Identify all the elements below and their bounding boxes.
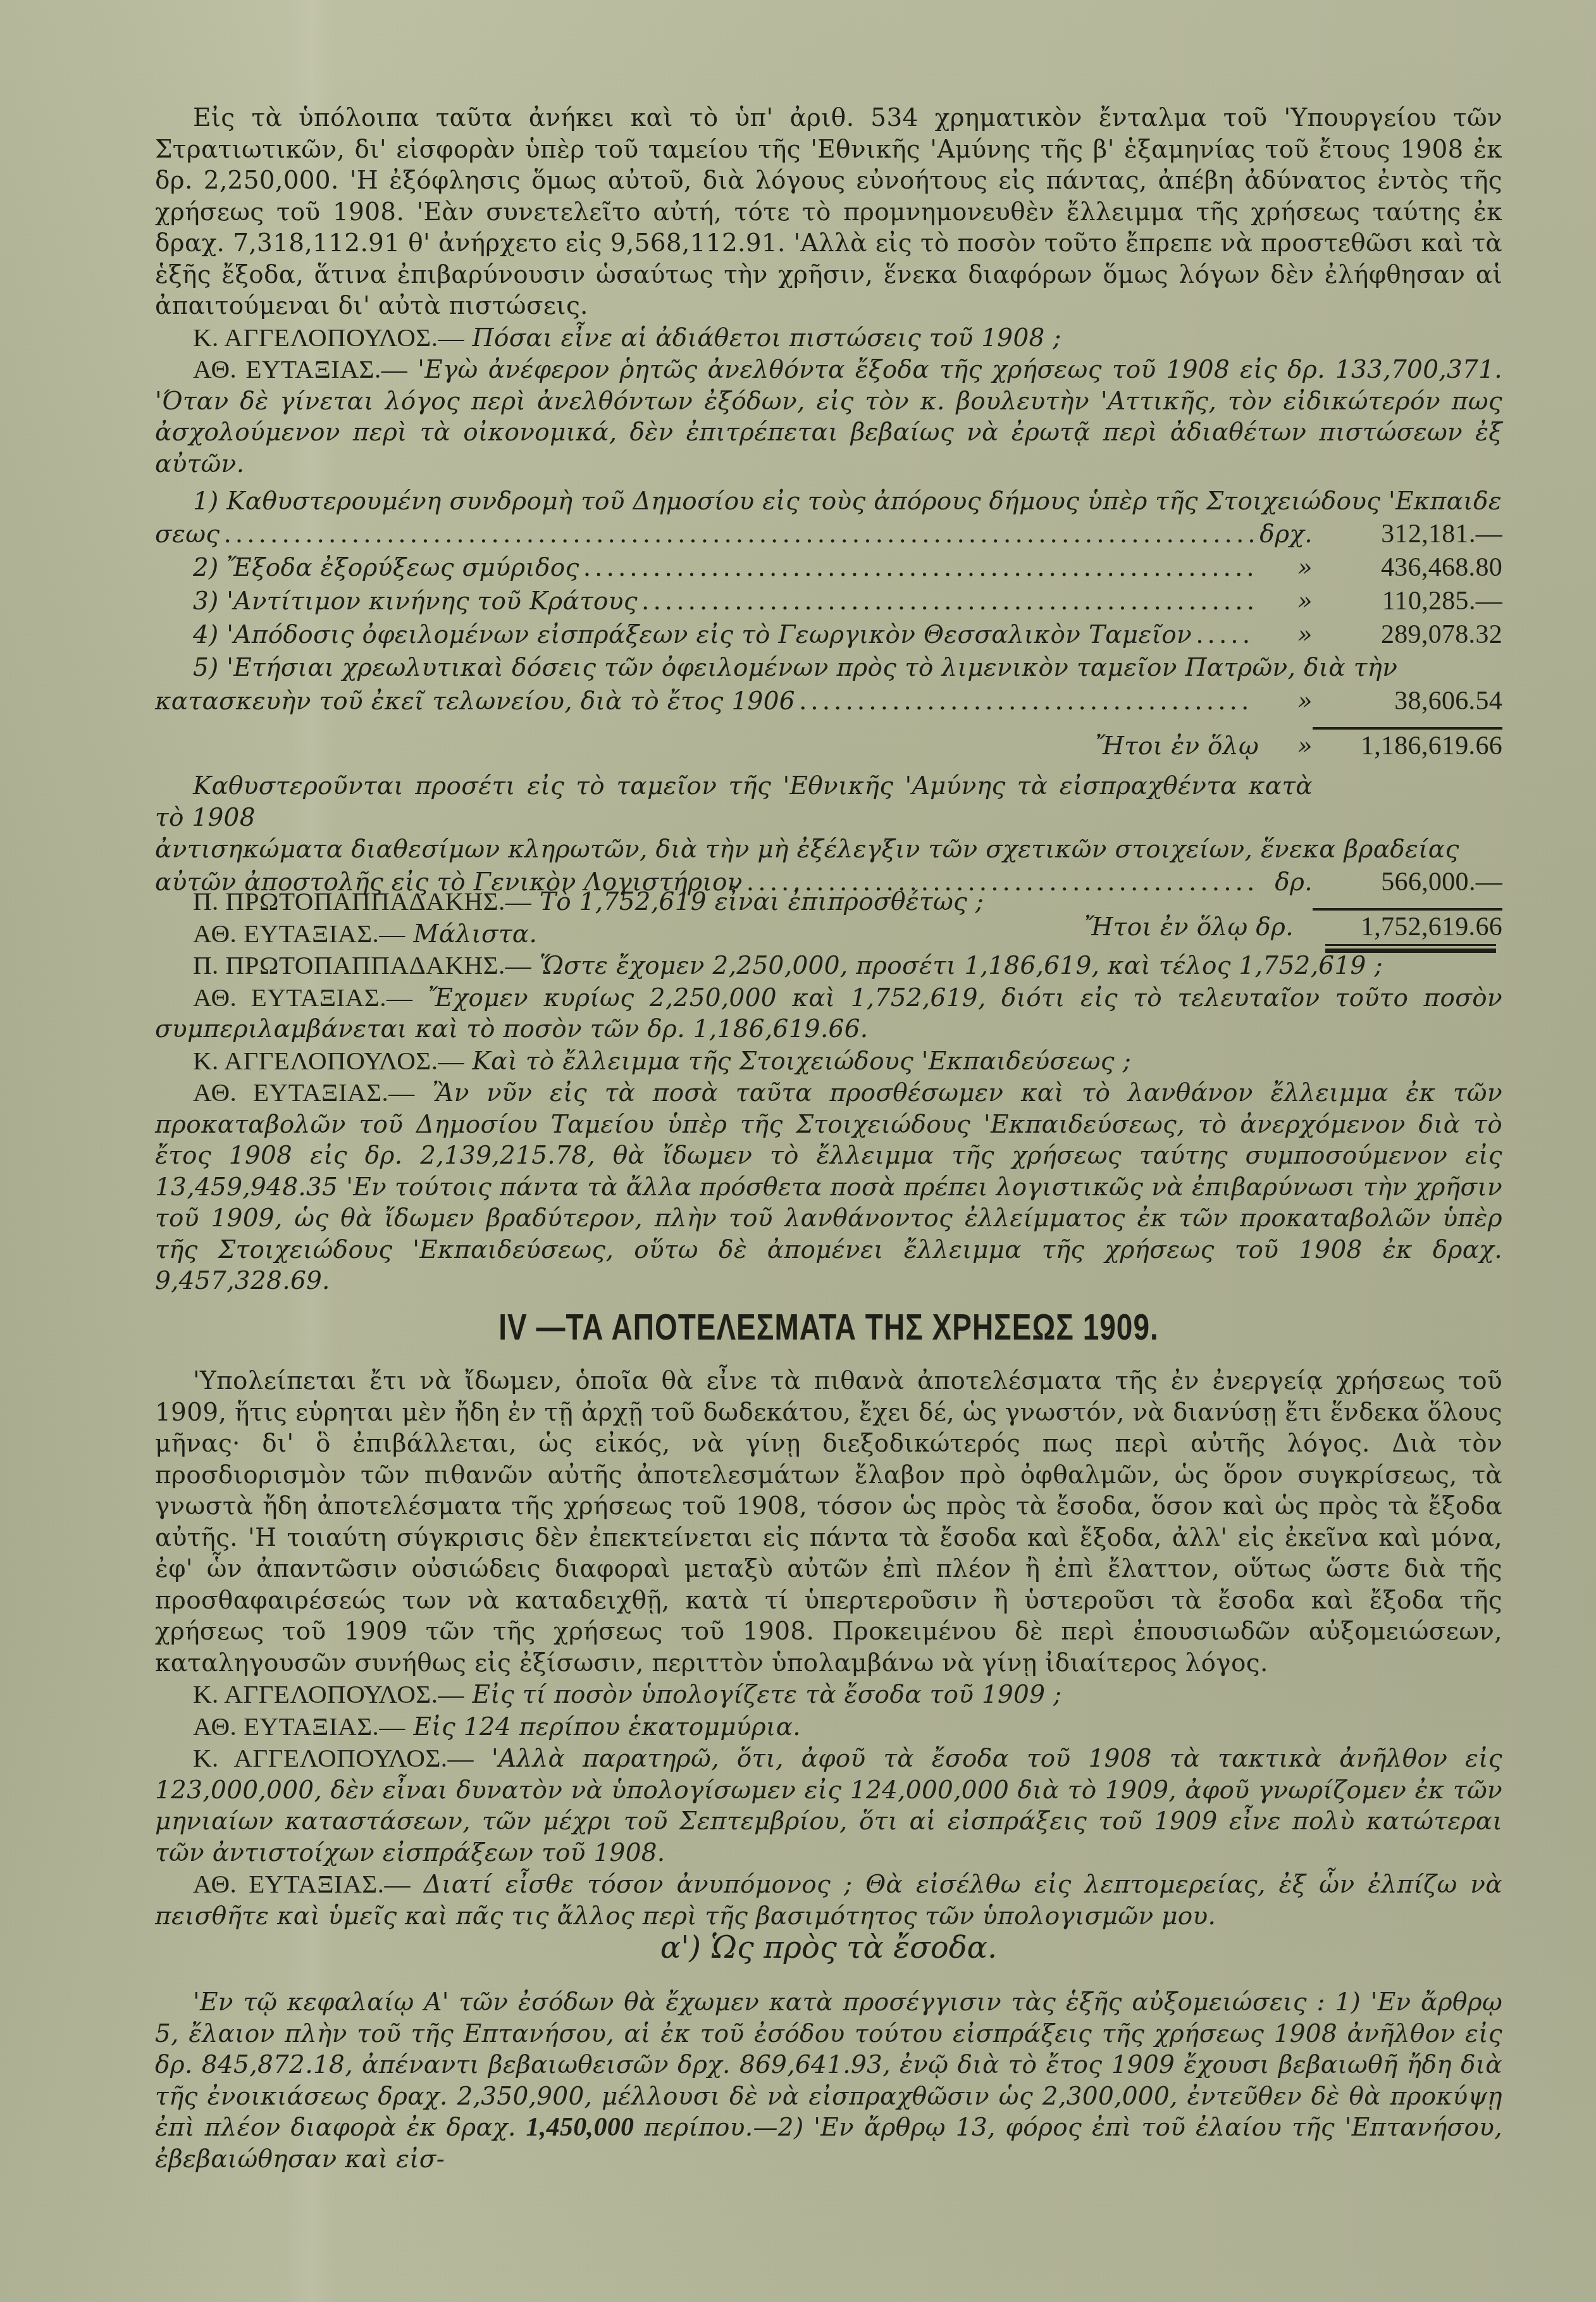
speaker-name: Κ. ΑΓΓΕΛΟΠΟΥΛΟΣ.— (193, 1679, 464, 1708)
ledger-unit: δρχ. (1259, 518, 1313, 551)
subsection-paragraph: 'Εν τῷ κεφαλαίῳ Α' τῶν ἐσόδων θὰ ἔχωμεν … (155, 1987, 1502, 2175)
opening-block: Εἰς τὰ ὑπόλοιπα ταῦτα ἀνήκει καὶ τὸ ὑπ' … (155, 103, 1502, 480)
leader-dots (1196, 619, 1255, 652)
ledger-amount: 436,468.80 (1313, 551, 1502, 584)
ledger-label: 4) 'Απόδοσις ὀφειλομένων εἰσπράξεων εἰς … (193, 619, 1192, 652)
ledger-row: 3) 'Αντίτιμον κινήνης τοῦ Κράτους » 110,… (155, 585, 1502, 618)
leader-dots (223, 518, 1255, 551)
subtotal-row: Ἤτοι ἐν ὅλῳ » 1,186,619.66 (155, 730, 1502, 763)
ledger-label: 3) 'Αντίτιμον κινήνης τοῦ Κράτους (193, 585, 638, 618)
speaker-name: Π. ΠΡΩΤΟΠΑΠΠΑΔΑΚΗΣ.— (193, 950, 531, 980)
leader-dots (799, 685, 1255, 718)
leader-dots (583, 552, 1255, 585)
dialogue-block: Π. ΠΡΩΤΟΠΑΠΠΑΔΑΚΗΣ.— Τὸ 1,752,619 εἶναι … (155, 886, 1502, 1297)
dialogue-entry: ΑΘ. ΕΥΤΑΞΙΑΣ.— Διατί εἶσθε τόσον ἀνυπόμο… (155, 1869, 1502, 1932)
dialogue-entry: Κ. ΑΓΓΕΛΟΠΟΥΛΟΣ.— Πόσαι εἶνε αἱ ἀδιάθετο… (155, 322, 1502, 354)
ledger-unit: » (1259, 585, 1313, 618)
speaker-name: ΑΘ. ΕΥΤΑΞΙΑΣ.— (193, 919, 405, 948)
speech-text: Ὥστε ἔχομεν 2,250,000, προσέτι 1,186,619… (540, 952, 1383, 980)
section-intro-paragraph: 'Υπολείπεται ἔτι νὰ ἴδωμεν, ὁποῖα θὰ εἶν… (155, 1366, 1502, 1679)
ledger-amount: 110,285.— (1313, 585, 1502, 618)
dialogue-entry: ΑΘ. ΕΥΤΑΞΙΑΣ.— Ἔχομεν κυρίως 2,250,000 κ… (155, 982, 1502, 1045)
speaker-name: Κ. ΑΓΓΕΛΟΠΟΥΛΟΣ.— (193, 1046, 464, 1075)
ledger-label: σεως (155, 518, 220, 551)
speech-text: Εἰς 124 περίπου ἑκατομμύρια. (414, 1713, 801, 1741)
ledger-unit: » (1259, 619, 1313, 652)
dialogue-entry: Π. ΠΡΩΤΟΠΑΠΠΑΔΑΚΗΣ.— Ὥστε ἔχομεν 2,250,0… (155, 950, 1502, 982)
subsection-heading: α') Ὡς πρὸς τὰ ἔσοδα. (155, 1930, 1502, 1965)
leader-dots (641, 585, 1255, 618)
opening-paragraph: Εἰς τὰ ὑπόλοιπα ταῦτα ἀνήκει καὶ τὸ ὑπ' … (155, 103, 1502, 322)
speaker-name: ΑΘ. ΕΥΤΑΞΙΑΣ.— (193, 1078, 415, 1107)
dialogue-entry: ΑΘ. ΕΥΤΑΞΙΑΣ.— Εἰς 124 περίπου ἑκατομμύρ… (155, 1711, 1502, 1743)
extra-line-2: ἀντισηκώματα διαθεσίμων κληρωτῶν, διὰ τὴ… (155, 834, 1502, 866)
speaker-name: ΑΘ. ΕΥΤΑΞΙΑΣ.— (193, 983, 412, 1012)
subtotal-amount: 1,186,619.66 (1313, 730, 1502, 762)
subtotal-label: Ἤτοι ἐν ὅλῳ (1096, 730, 1259, 763)
dialogue-entry: Π. ΠΡΩΤΟΠΑΠΠΑΔΑΚΗΣ.— Τὸ 1,752,619 εἶναι … (155, 886, 1502, 918)
dialogue-entry: Κ. ΑΓΓΕΛΟΠΟΥΛΟΣ.— 'Αλλὰ παρατηρῶ, ὅτι, ἀ… (155, 1743, 1502, 1869)
speech-text: Εἰς τί ποσὸν ὑπολογίζετε τὰ ἔσοδα τοῦ 19… (473, 1681, 1062, 1709)
ledger-label: 2) Ἔξοδα ἐξορύξεως σμύριδος (193, 552, 579, 585)
ledger-item-5-line1: 5) 'Ετήσιαι χρεωλυτικαὶ δόσεις τῶν ὀφειλ… (155, 652, 1502, 685)
ledger-label: κατασκευὴν τοῦ ἐκεῖ τελωνείου, διὰ τὸ ἔτ… (155, 685, 795, 718)
speech-text: Καὶ τὸ ἔλλειμμα τῆς Στοιχειώδους 'Εκπαιδ… (473, 1047, 1132, 1076)
speech-text: Μάλιστα. (414, 920, 538, 949)
dialogue-entry: Κ. ΑΓΓΕΛΟΠΟΥΛΟΣ.— Καὶ τὸ ἔλλειμμα τῆς Στ… (155, 1045, 1502, 1078)
ledger-row: 2) Ἔξοδα ἐξορύξεως σμύριδος » 436,468.80 (155, 551, 1502, 585)
ledger-row: κατασκευὴν τοῦ ἐκεῖ τελωνείου, διὰ τὸ ἔτ… (155, 685, 1502, 718)
ledger-row: 4) 'Απόδοσις ὀφειλομένων εἰσπράξεων εἰς … (155, 618, 1502, 652)
ledger-unit: » (1259, 552, 1313, 585)
speech-text: Ἂν νῦν εἰς τὰ ποσὰ ταῦτα προσθέσωμεν καὶ… (155, 1079, 1502, 1295)
speech-text: Τὸ 1,752,619 εἶναι ἐπιπροσθέτως ; (540, 888, 984, 916)
speaker-name: Κ. ΑΓΓΕΛΟΠΟΥΛΟΣ.— (193, 1743, 474, 1772)
speaker-name: ΑΘ. ΕΥΤΑΞΙΑΣ.— (193, 1869, 411, 1898)
bold-amount: 1,450,000 (526, 2113, 634, 2142)
ledger-row: σεως δρχ. 312,181.— (155, 518, 1502, 551)
ledger-unit: » (1259, 685, 1313, 718)
expense-ledger: 1) Καθυστερουμένη συνδρομὴ τοῦ Δημοσίου … (155, 486, 1502, 953)
speaker-name: Π. ΠΡΩΤΟΠΑΠΠΑΔΑΚΗΣ.— (193, 887, 531, 916)
dialogue-entry: ΑΘ. ΕΥΤΑΞΙΑΣ.— 'Εγὼ ἀνέφερον ῥητῶς ἀνελθ… (155, 354, 1502, 480)
ledger-amount: 312,181.— (1313, 518, 1502, 551)
subtotal-unit: » (1259, 730, 1313, 763)
section-heading: IV —ΤΑ ΑΠΟΤΕΛΕΣΜΑΤΑ ΤΗΣ ΧΡΗΣΕΩΣ 1909. (155, 1305, 1502, 1348)
section-body: 'Υπολείπεται ἔτι νὰ ἴδωμεν, ὁποῖα θὰ εἶν… (155, 1366, 1502, 1932)
dialogue-entry: Κ. ΑΓΓΕΛΟΠΟΥΛΟΣ.— Εἰς τί ποσὸν ὑπολογίζε… (155, 1679, 1502, 1711)
ledger-amount: 289,078.32 (1313, 618, 1502, 651)
speaker-name: ΑΘ. ΕΥΤΑΞΙΑΣ.— (193, 354, 407, 383)
subsection-body: 'Εν τῷ κεφαλαίῳ Α' τῶν ἐσόδων θὰ ἔχωμεν … (155, 1987, 1502, 2175)
speaker-name: Κ. ΑΓΓΕΛΟΠΟΥΛΟΣ.— (193, 323, 464, 352)
dialogue-entry: ΑΘ. ΕΥΤΑΞΙΑΣ.— Ἂν νῦν εἰς τὰ ποσὰ ταῦτα … (155, 1077, 1502, 1297)
ledger-item-1-line1: 1) Καθυστερουμένη συνδρομὴ τοῦ Δημοσίου … (155, 486, 1502, 518)
speaker-name: ΑΘ. ΕΥΤΑΞΙΑΣ.— (193, 1712, 405, 1741)
speech-text: Πόσαι εἶνε αἱ ἀδιάθετοι πιστώσεις τοῦ 19… (473, 324, 1061, 352)
ledger-amount: 38,606.54 (1313, 685, 1502, 718)
dialogue-entry: ΑΘ. ΕΥΤΑΞΙΑΣ.— Μάλιστα. (155, 918, 1502, 950)
extra-line-1: Καθυστεροῦνται προσέτι εἰς τὸ ταμεῖον τῆ… (155, 771, 1502, 834)
